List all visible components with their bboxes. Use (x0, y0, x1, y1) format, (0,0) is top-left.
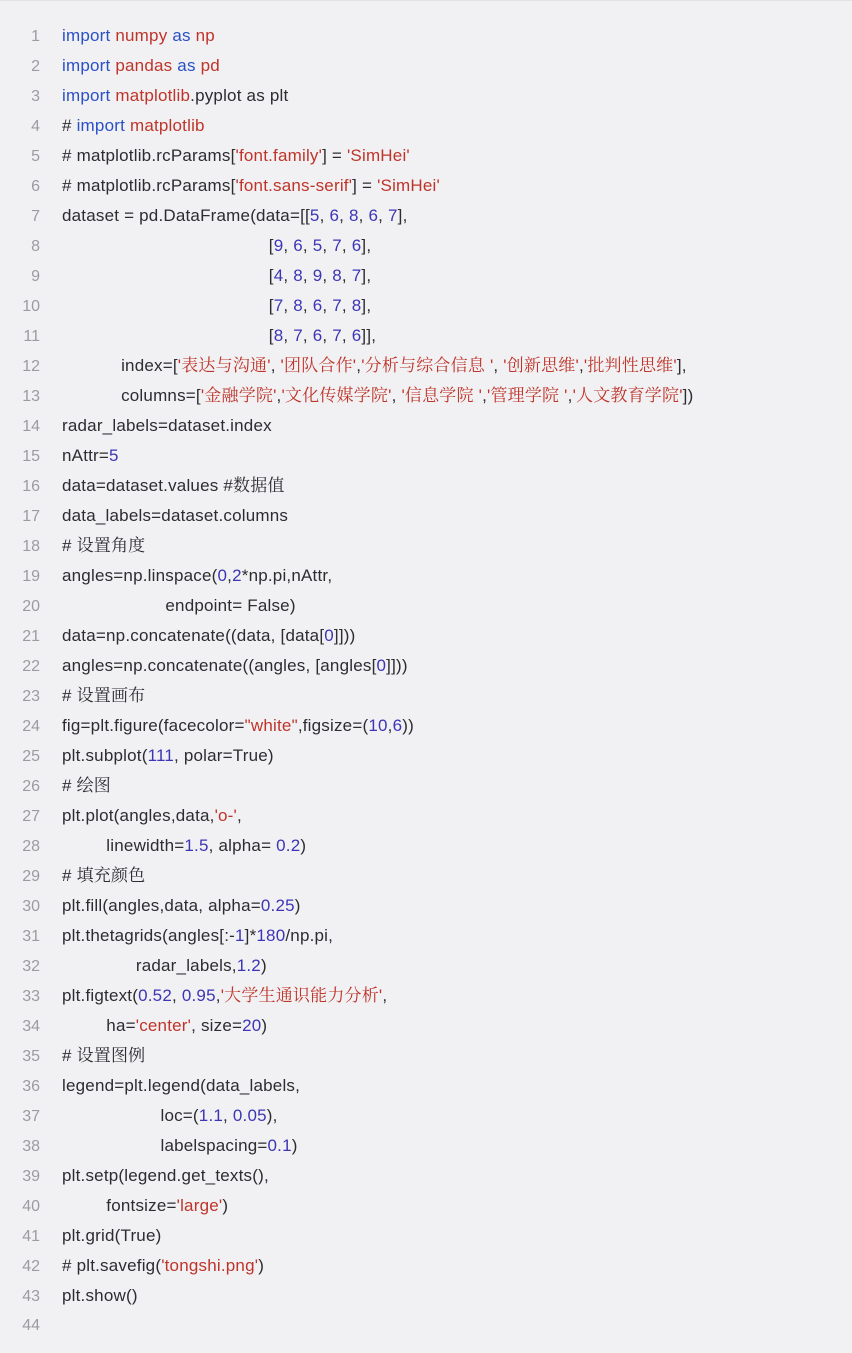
code-line[interactable]: 22angles=np.concatenate((angles, [angles… (0, 651, 852, 681)
code-text: plt.show() (40, 1281, 138, 1311)
line-number: 38 (0, 1132, 40, 1162)
code-line[interactable]: 35# 设置图例 (0, 1041, 852, 1071)
line-number: 6 (0, 172, 40, 202)
code-text: ha='center', size=20) (40, 1011, 267, 1041)
code-token: 1.2 (237, 956, 261, 975)
code-line[interactable]: 39plt.setp(legend.get_texts(), (0, 1161, 852, 1191)
code-token: , (320, 206, 330, 225)
code-line[interactable]: 44 (0, 1311, 852, 1341)
code-token: [ (62, 296, 274, 315)
code-line[interactable]: 6# matplotlib.rcParams['font.sans-serif'… (0, 171, 852, 201)
code-token: ], (677, 356, 687, 375)
code-line[interactable]: 28 linewidth=1.5, alpha= 0.2) (0, 831, 852, 861)
code-token: 'large' (177, 1196, 223, 1215)
code-text: plt.grid(True) (40, 1221, 161, 1251)
code-token: dataset = pd.DataFrame(data=[[ (62, 206, 310, 225)
code-token: fig=plt.figure(facecolor= (62, 716, 245, 735)
code-text: [9, 6, 5, 7, 6], (40, 231, 371, 261)
line-number: 1 (0, 22, 40, 52)
line-number: 43 (0, 1282, 40, 1312)
code-token: '人文教育学院' (573, 386, 683, 405)
code-token: 0 (218, 566, 228, 585)
code-token: ) (295, 896, 301, 915)
code-token: 8 (274, 326, 284, 345)
code-token: 7 (332, 296, 342, 315)
code-token: 7 (388, 206, 398, 225)
code-token: radar_labels, (62, 956, 237, 975)
code-token: '批判性思维' (584, 356, 677, 375)
code-text: import numpy as np (40, 21, 215, 51)
line-number: 25 (0, 742, 40, 772)
line-number: 26 (0, 772, 40, 802)
code-token: , (237, 806, 242, 825)
code-token: plt.grid(True) (62, 1226, 161, 1245)
code-line[interactable]: 20 endpoint= False) (0, 591, 852, 621)
code-line[interactable]: 9 [4, 8, 9, 8, 7], (0, 261, 852, 291)
code-editor[interactable]: 1import numpy as np2import pandas as pd3… (0, 1, 852, 1353)
code-token: 0.05 (233, 1106, 267, 1125)
code-line[interactable]: 38 labelspacing=0.1) (0, 1131, 852, 1161)
code-token: plt.show() (62, 1286, 138, 1305)
code-token: plt.thetagrids(angles[:- (62, 926, 235, 945)
code-token: 6 (313, 326, 323, 345)
code-text: [4, 8, 9, 8, 7], (40, 261, 371, 291)
code-text: legend=plt.legend(data_labels, (40, 1071, 300, 1101)
line-number: 33 (0, 982, 40, 1012)
code-token: 0.2 (276, 836, 300, 855)
code-token: ], (361, 266, 371, 285)
line-number: 34 (0, 1012, 40, 1042)
code-token: linewidth= (62, 836, 184, 855)
code-token: import (62, 26, 110, 45)
code-line[interactable]: 33plt.figtext(0.52, 0.95,'大学生通识能力分析', (0, 981, 852, 1011)
code-token: 'tongshi.png' (161, 1256, 258, 1275)
code-token: import (77, 116, 125, 135)
code-token: 5 (313, 236, 323, 255)
line-number: 4 (0, 112, 40, 142)
code-token: # plt.savefig( (62, 1256, 161, 1275)
code-token: , (382, 986, 387, 1005)
code-token: [ (62, 266, 274, 285)
code-token: 'SimHei' (347, 146, 410, 165)
code-token: /np.pi, (285, 926, 333, 945)
code-token: data_labels=dataset.columns (62, 506, 288, 525)
line-number: 44 (0, 1311, 40, 1341)
code-line[interactable]: 10 [7, 8, 6, 7, 8], (0, 291, 852, 321)
code-token: ] = (322, 146, 347, 165)
code-token: 6 (329, 206, 339, 225)
code-line[interactable]: 41plt.grid(True) (0, 1221, 852, 1251)
code-token: ) (261, 956, 267, 975)
line-number: 15 (0, 442, 40, 472)
line-number: 22 (0, 652, 40, 682)
code-token: angles=np.linspace( (62, 566, 218, 585)
code-token: , (322, 296, 332, 315)
code-text: # 设置图例 (40, 1041, 145, 1071)
code-token: fontsize= (62, 1196, 177, 1215)
code-token: , (359, 206, 369, 225)
line-number: 16 (0, 472, 40, 502)
code-line[interactable]: 18# 设置角度 (0, 531, 852, 561)
code-line[interactable]: 24fig=plt.figure(facecolor="white",figsi… (0, 711, 852, 741)
code-line[interactable]: 21data=np.concatenate((data, [data[0]])) (0, 621, 852, 651)
line-number: 19 (0, 562, 40, 592)
code-text: fig=plt.figure(facecolor="white",figsize… (40, 711, 414, 741)
code-token: as (177, 56, 195, 75)
code-text: columns=['金融学院','文化传媒学院', '信息学院 ','管理学院 … (40, 381, 693, 411)
code-token: , (322, 326, 332, 345)
code-line[interactable]: 1import numpy as np (0, 21, 852, 51)
code-text: endpoint= False) (40, 591, 296, 621)
code-token: 6 (313, 296, 323, 315)
code-text: plt.plot(angles,data,'o-', (40, 801, 242, 831)
line-number: 8 (0, 232, 40, 262)
code-token: , (342, 296, 352, 315)
line-number: 10 (0, 292, 40, 322)
code-token: 8 (293, 296, 303, 315)
line-number: 37 (0, 1102, 40, 1132)
code-token: 0 (377, 656, 387, 675)
code-token: labelspacing= (62, 1136, 268, 1155)
code-token: 5 (310, 206, 320, 225)
code-token: ] = (352, 176, 377, 195)
code-line[interactable]: 12 index=['表达与沟通', '团队合作','分析与综合信息 ', '创… (0, 351, 852, 381)
code-token: , (283, 266, 293, 285)
code-token: legend=plt.legend(data_labels, (62, 1076, 300, 1095)
code-text: # matplotlib.rcParams['font.family'] = '… (40, 141, 410, 171)
code-line[interactable]: 25plt.subplot(111, polar=True) (0, 741, 852, 771)
code-text: fontsize='large') (40, 1191, 228, 1221)
code-line[interactable]: 4# import matplotlib (0, 111, 852, 141)
code-token: , (493, 356, 503, 375)
code-token: , (392, 386, 402, 405)
code-text: radar_labels=dataset.index (40, 411, 272, 441)
code-token: 1.1 (199, 1106, 223, 1125)
code-token: *np.pi,nAttr, (242, 566, 333, 585)
code-token: 0 (324, 626, 334, 645)
line-number: 17 (0, 502, 40, 532)
code-token: , (303, 236, 313, 255)
code-line[interactable]: 36legend=plt.legend(data_labels, (0, 1071, 852, 1101)
code-line[interactable]: 11 [8, 7, 6, 7, 6]], (0, 321, 852, 351)
code-line[interactable]: 32 radar_labels,1.2) (0, 951, 852, 981)
line-number: 31 (0, 922, 40, 952)
code-token: plt.figtext( (62, 986, 138, 1005)
code-token: data=np.concatenate((data, [data[ (62, 626, 324, 645)
code-token: '团队合作' (281, 356, 357, 375)
code-token: [ (62, 326, 274, 345)
code-token: , (283, 236, 293, 255)
code-token: , (303, 266, 313, 285)
code-token: , (303, 326, 313, 345)
code-token: "white" (245, 716, 298, 735)
code-token: ) (222, 1196, 228, 1215)
code-line[interactable]: 37 loc=(1.1, 0.05), (0, 1101, 852, 1131)
code-token: radar_labels=dataset.index (62, 416, 272, 435)
code-token: '管理学院 ' (487, 386, 568, 405)
code-token: ), (267, 1106, 278, 1125)
code-token: # 设置图例 (62, 1046, 145, 1065)
code-token: matplotlib (115, 86, 190, 105)
code-text: [7, 8, 6, 7, 8], (40, 291, 371, 321)
code-line[interactable]: 13 columns=['金融学院','文化传媒学院', '信息学院 ','管理… (0, 381, 852, 411)
line-number: 11 (0, 322, 40, 352)
code-line[interactable]: 42# plt.savefig('tongshi.png') (0, 1251, 852, 1281)
code-token: 1.5 (184, 836, 208, 855)
code-token: pandas (115, 56, 172, 75)
line-number: 13 (0, 382, 40, 412)
code-token: 7 (332, 236, 342, 255)
code-token: # (62, 116, 77, 135)
code-line[interactable]: 29# 填充颜色 (0, 861, 852, 891)
code-token: , (322, 266, 332, 285)
code-token: ) (258, 1256, 264, 1275)
code-token: 111 (148, 746, 174, 765)
code-token: , (271, 356, 281, 375)
line-number: 23 (0, 682, 40, 712)
code-text: [8, 7, 6, 7, 6]], (40, 321, 376, 351)
code-token: 0.25 (261, 896, 295, 915)
code-token: nAttr= (62, 446, 109, 465)
code-text: # import matplotlib (40, 111, 205, 141)
code-token: 6 (352, 326, 362, 345)
code-token: , (339, 206, 349, 225)
code-line[interactable]: 17data_labels=dataset.columns (0, 501, 852, 531)
code-text: import pandas as pd (40, 51, 220, 81)
code-text: data=np.concatenate((data, [data[0]])) (40, 621, 356, 651)
code-token: data=dataset.values #数据值 (62, 476, 285, 495)
code-token: ]])) (386, 656, 408, 675)
code-token: 'font.sans-serif' (236, 176, 353, 195)
code-token: matplotlib (130, 116, 205, 135)
line-number: 30 (0, 892, 40, 922)
code-line[interactable]: 26# 绘图 (0, 771, 852, 801)
code-token: 8 (332, 266, 342, 285)
code-token: ], (361, 296, 371, 315)
code-token: 6 (352, 236, 362, 255)
code-text: # matplotlib.rcParams['font.sans-serif']… (40, 171, 440, 201)
code-line[interactable]: 34 ha='center', size=20) (0, 1011, 852, 1041)
code-token: , (342, 266, 352, 285)
line-number: 40 (0, 1192, 40, 1222)
code-text: # plt.savefig('tongshi.png') (40, 1251, 264, 1281)
code-text: data_labels=dataset.columns (40, 501, 288, 531)
code-token: 0.52 (138, 986, 172, 1005)
code-token: '大学生通识能力分析' (221, 986, 383, 1005)
code-token: # matplotlib.rcParams[ (62, 176, 236, 195)
code-token: # 设置角度 (62, 536, 145, 555)
line-number: 29 (0, 862, 40, 892)
code-token: 6 (293, 236, 303, 255)
code-token: [ (62, 236, 274, 255)
code-token: plt.subplot( (62, 746, 148, 765)
code-token: 'font.family' (236, 146, 323, 165)
code-token: index=[ (62, 356, 178, 375)
code-token: '分析与综合信息 ' (361, 356, 493, 375)
line-number: 14 (0, 412, 40, 442)
code-text: linewidth=1.5, alpha= 0.2) (40, 831, 306, 861)
code-text: nAttr=5 (40, 441, 119, 471)
code-line[interactable]: 43plt.show() (0, 1281, 852, 1311)
code-text: data=dataset.values #数据值 (40, 471, 285, 501)
code-token: as (172, 26, 190, 45)
code-token: , (223, 1106, 233, 1125)
code-text: radar_labels,1.2) (40, 951, 267, 981)
code-token: ]) (683, 386, 694, 405)
code-text: plt.fill(angles,data, alpha=0.25) (40, 891, 301, 921)
code-token: ) (292, 1136, 298, 1155)
code-line[interactable]: 31plt.thetagrids(angles[:-1]*180/np.pi, (0, 921, 852, 951)
code-token: '金融学院' (201, 386, 277, 405)
line-number: 7 (0, 202, 40, 232)
line-number: 28 (0, 832, 40, 862)
code-line[interactable]: 2import pandas as pd (0, 51, 852, 81)
code-token: ) (261, 1016, 267, 1035)
code-text: index=['表达与沟通', '团队合作','分析与综合信息 ', '创新思维… (40, 351, 687, 381)
line-number: 21 (0, 622, 40, 652)
code-token: ], (361, 236, 371, 255)
code-token: ]], (361, 326, 376, 345)
line-number: 2 (0, 52, 40, 82)
line-number: 35 (0, 1042, 40, 1072)
code-text: angles=np.linspace(0,2*np.pi,nAttr, (40, 561, 332, 591)
code-token: 180 (256, 926, 285, 945)
code-token: , polar=True) (174, 746, 274, 765)
code-token: 8 (293, 266, 303, 285)
code-token: 10 (368, 716, 387, 735)
code-token: 4 (274, 266, 284, 285)
code-token: '信息学院 ' (401, 386, 482, 405)
code-token: , (342, 326, 352, 345)
code-token: # 绘图 (62, 776, 111, 795)
line-number: 36 (0, 1072, 40, 1102)
code-token: 5 (109, 446, 119, 465)
code-text: # 填充颜色 (40, 861, 145, 891)
code-token: angles=np.concatenate((angles, [angles[ (62, 656, 377, 675)
code-text: # 设置画布 (40, 681, 145, 711)
code-token: , (378, 206, 388, 225)
code-token: 7 (274, 296, 284, 315)
code-text: labelspacing=0.1) (40, 1131, 298, 1161)
line-number: 20 (0, 592, 40, 622)
code-token: 0.1 (268, 1136, 292, 1155)
code-line[interactable]: 23# 设置画布 (0, 681, 852, 711)
line-number: 42 (0, 1252, 40, 1282)
code-token: ]* (245, 926, 257, 945)
code-line[interactable]: 14radar_labels=dataset.index (0, 411, 852, 441)
code-token: )) (402, 716, 414, 735)
line-number: 24 (0, 712, 40, 742)
code-token: import (62, 86, 110, 105)
code-line[interactable]: 15nAttr=5 (0, 441, 852, 471)
code-text: plt.setp(legend.get_texts(), (40, 1161, 269, 1191)
code-token: 6 (368, 206, 378, 225)
code-token: 'SimHei' (377, 176, 440, 195)
code-token: .pyplot as plt (190, 86, 288, 105)
code-text: import matplotlib.pyplot as plt (40, 81, 288, 111)
code-token: 0.95 (182, 986, 216, 1005)
code-token: , (283, 326, 293, 345)
code-token: plt.fill(angles,data, alpha= (62, 896, 261, 915)
code-token: # 设置画布 (62, 686, 145, 705)
code-line[interactable]: 8 [9, 6, 5, 7, 6], (0, 231, 852, 261)
line-number: 18 (0, 532, 40, 562)
code-token: 8 (352, 296, 362, 315)
code-token: , (322, 236, 332, 255)
code-token: 20 (242, 1016, 261, 1035)
code-token: ], (398, 206, 408, 225)
line-number: 41 (0, 1222, 40, 1252)
code-line[interactable]: 7dataset = pd.DataFrame(data=[[5, 6, 8, … (0, 201, 852, 231)
code-token: , (303, 296, 313, 315)
line-number: 32 (0, 952, 40, 982)
code-token: 2 (232, 566, 242, 585)
line-number: 39 (0, 1162, 40, 1192)
code-token: np (196, 26, 215, 45)
code-token: ]])) (334, 626, 356, 645)
code-text: loc=(1.1, 0.05), (40, 1101, 278, 1131)
code-token: '表达与沟通' (178, 356, 271, 375)
code-token: 1 (235, 926, 245, 945)
code-token: , size= (191, 1016, 242, 1035)
code-token: '文化传媒学院' (281, 386, 391, 405)
code-token: 6 (393, 716, 403, 735)
code-token: plt.setp(legend.get_texts(), (62, 1166, 269, 1185)
code-line[interactable]: 16data=dataset.values #数据值 (0, 471, 852, 501)
code-text: dataset = pd.DataFrame(data=[[5, 6, 8, 6… (40, 201, 408, 231)
code-token: import (62, 56, 110, 75)
code-text: plt.thetagrids(angles[:-1]*180/np.pi, (40, 921, 333, 951)
code-line[interactable]: 5# matplotlib.rcParams['font.family'] = … (0, 141, 852, 171)
code-token: 7 (332, 326, 342, 345)
code-token: , (283, 296, 293, 315)
code-token: loc=( (62, 1106, 199, 1125)
code-token: 9 (313, 266, 323, 285)
line-number: 3 (0, 82, 40, 112)
code-token: columns=[ (62, 386, 201, 405)
code-token: 7 (293, 326, 303, 345)
code-token: 8 (349, 206, 359, 225)
code-line[interactable]: 30plt.fill(angles,data, alpha=0.25) (0, 891, 852, 921)
code-token: endpoint= False) (62, 596, 296, 615)
code-token: ha= (62, 1016, 136, 1035)
code-token: 'center' (136, 1016, 191, 1035)
code-text: # 绘图 (40, 771, 111, 801)
code-token: ,figsize=( (298, 716, 369, 735)
code-text: # 设置角度 (40, 531, 145, 561)
code-token: , alpha= (209, 836, 277, 855)
code-token: ) (300, 836, 306, 855)
code-token: , (172, 986, 182, 1005)
code-text: plt.figtext(0.52, 0.95,'大学生通识能力分析', (40, 981, 387, 1011)
line-number: 5 (0, 142, 40, 172)
code-line[interactable]: 19angles=np.linspace(0,2*np.pi,nAttr, (0, 561, 852, 591)
code-token: '创新思维' (503, 356, 579, 375)
code-line[interactable]: 27plt.plot(angles,data,'o-', (0, 801, 852, 831)
code-line[interactable]: 3import matplotlib.pyplot as plt (0, 81, 852, 111)
code-text: plt.subplot(111, polar=True) (40, 741, 274, 771)
code-line[interactable]: 40 fontsize='large') (0, 1191, 852, 1221)
code-token: numpy (115, 26, 167, 45)
line-number: 27 (0, 802, 40, 832)
code-token: plt.plot(angles,data, (62, 806, 215, 825)
code-token: 'o-' (215, 806, 237, 825)
code-text: angles=np.concatenate((angles, [angles[0… (40, 651, 408, 681)
line-number: 12 (0, 352, 40, 382)
line-number: 9 (0, 262, 40, 292)
code-token: , (342, 236, 352, 255)
code-token: pd (201, 56, 220, 75)
